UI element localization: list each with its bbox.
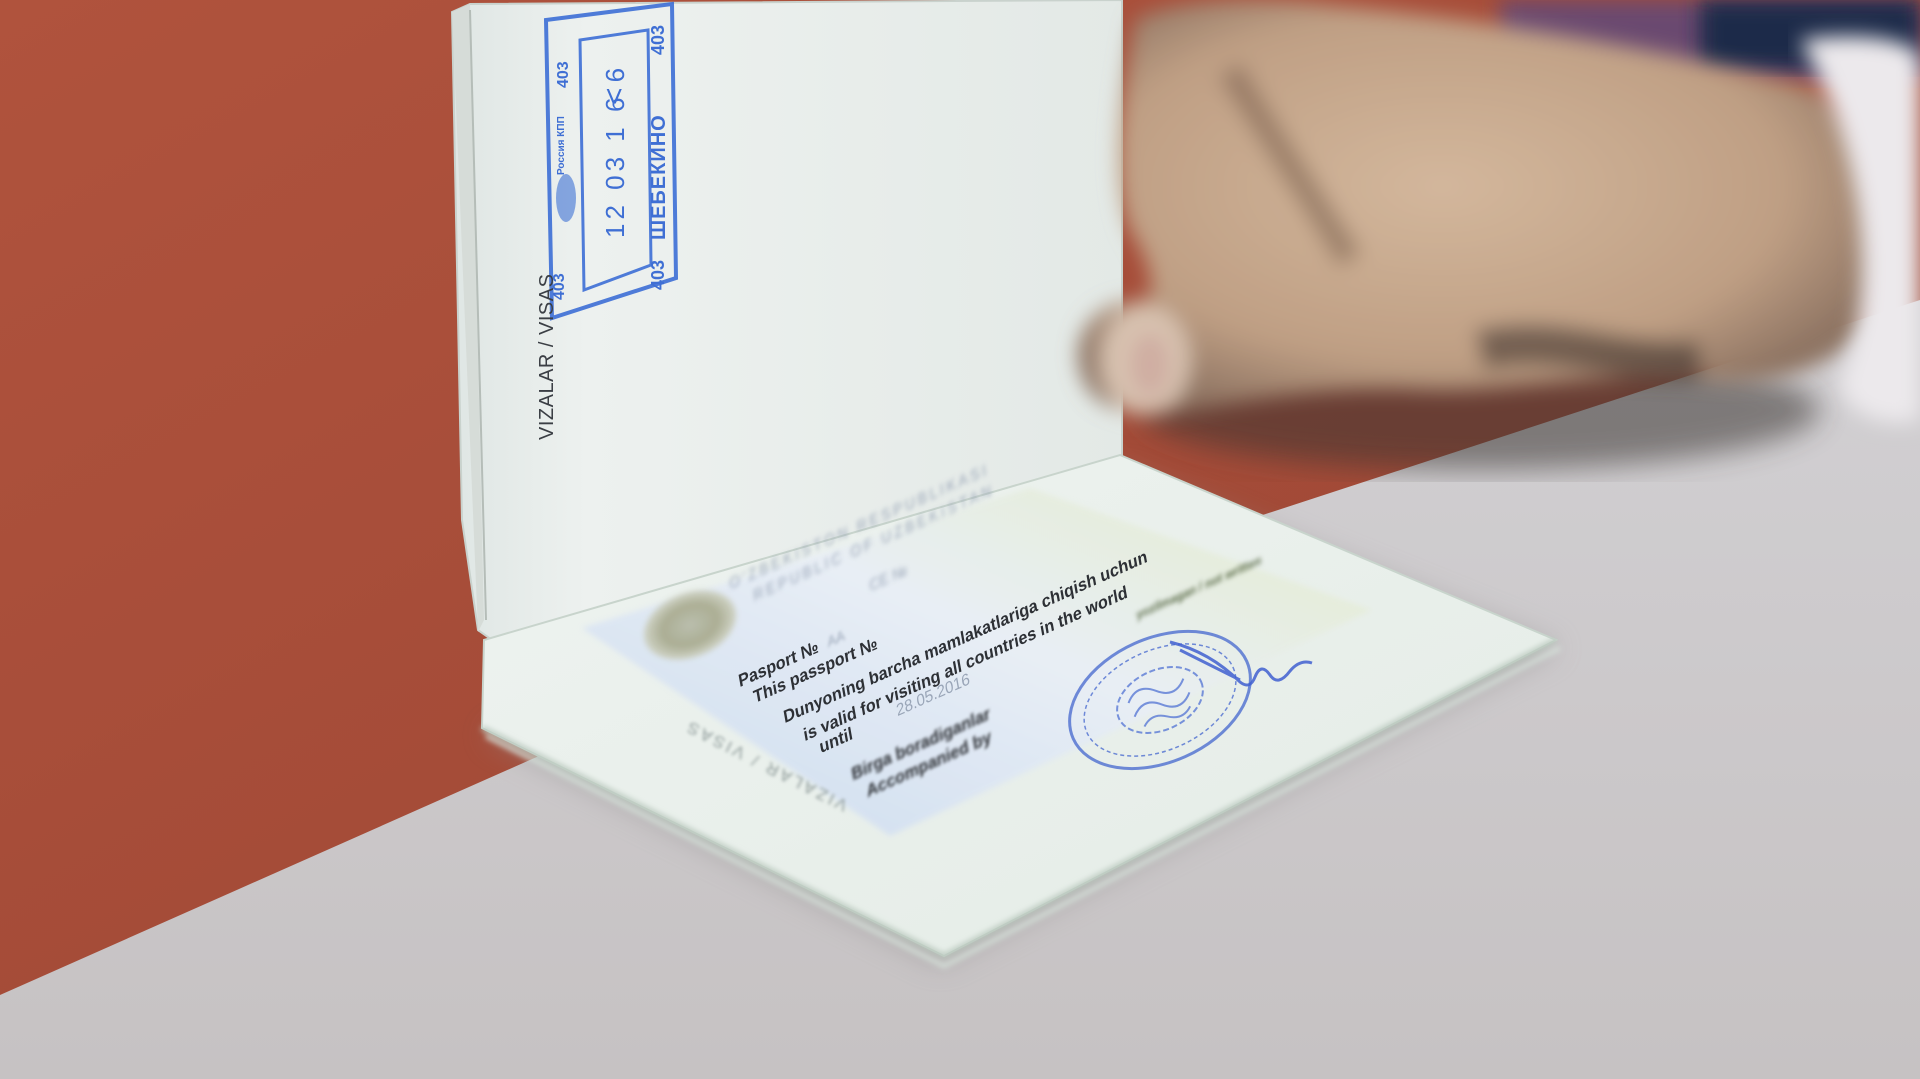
stamp-small-text: Россия КПП xyxy=(556,116,567,175)
stamp-checkpoint: ШЕБЕКИНО xyxy=(648,114,671,240)
background-illustration xyxy=(0,0,1920,1079)
stamp-code-left-bottom: 403 xyxy=(551,273,569,300)
stamp-code-right-bottom: 403 xyxy=(648,260,669,290)
stamp-code-left-top: 403 xyxy=(555,61,573,88)
photo-scene: VIZALAR / VISAS 12 03 1 6 6 < ШЕБЕКИНО 4… xyxy=(0,0,1920,1079)
stamp-code-right-top: 403 xyxy=(648,25,669,55)
stamp-direction-icon: < xyxy=(598,87,632,105)
